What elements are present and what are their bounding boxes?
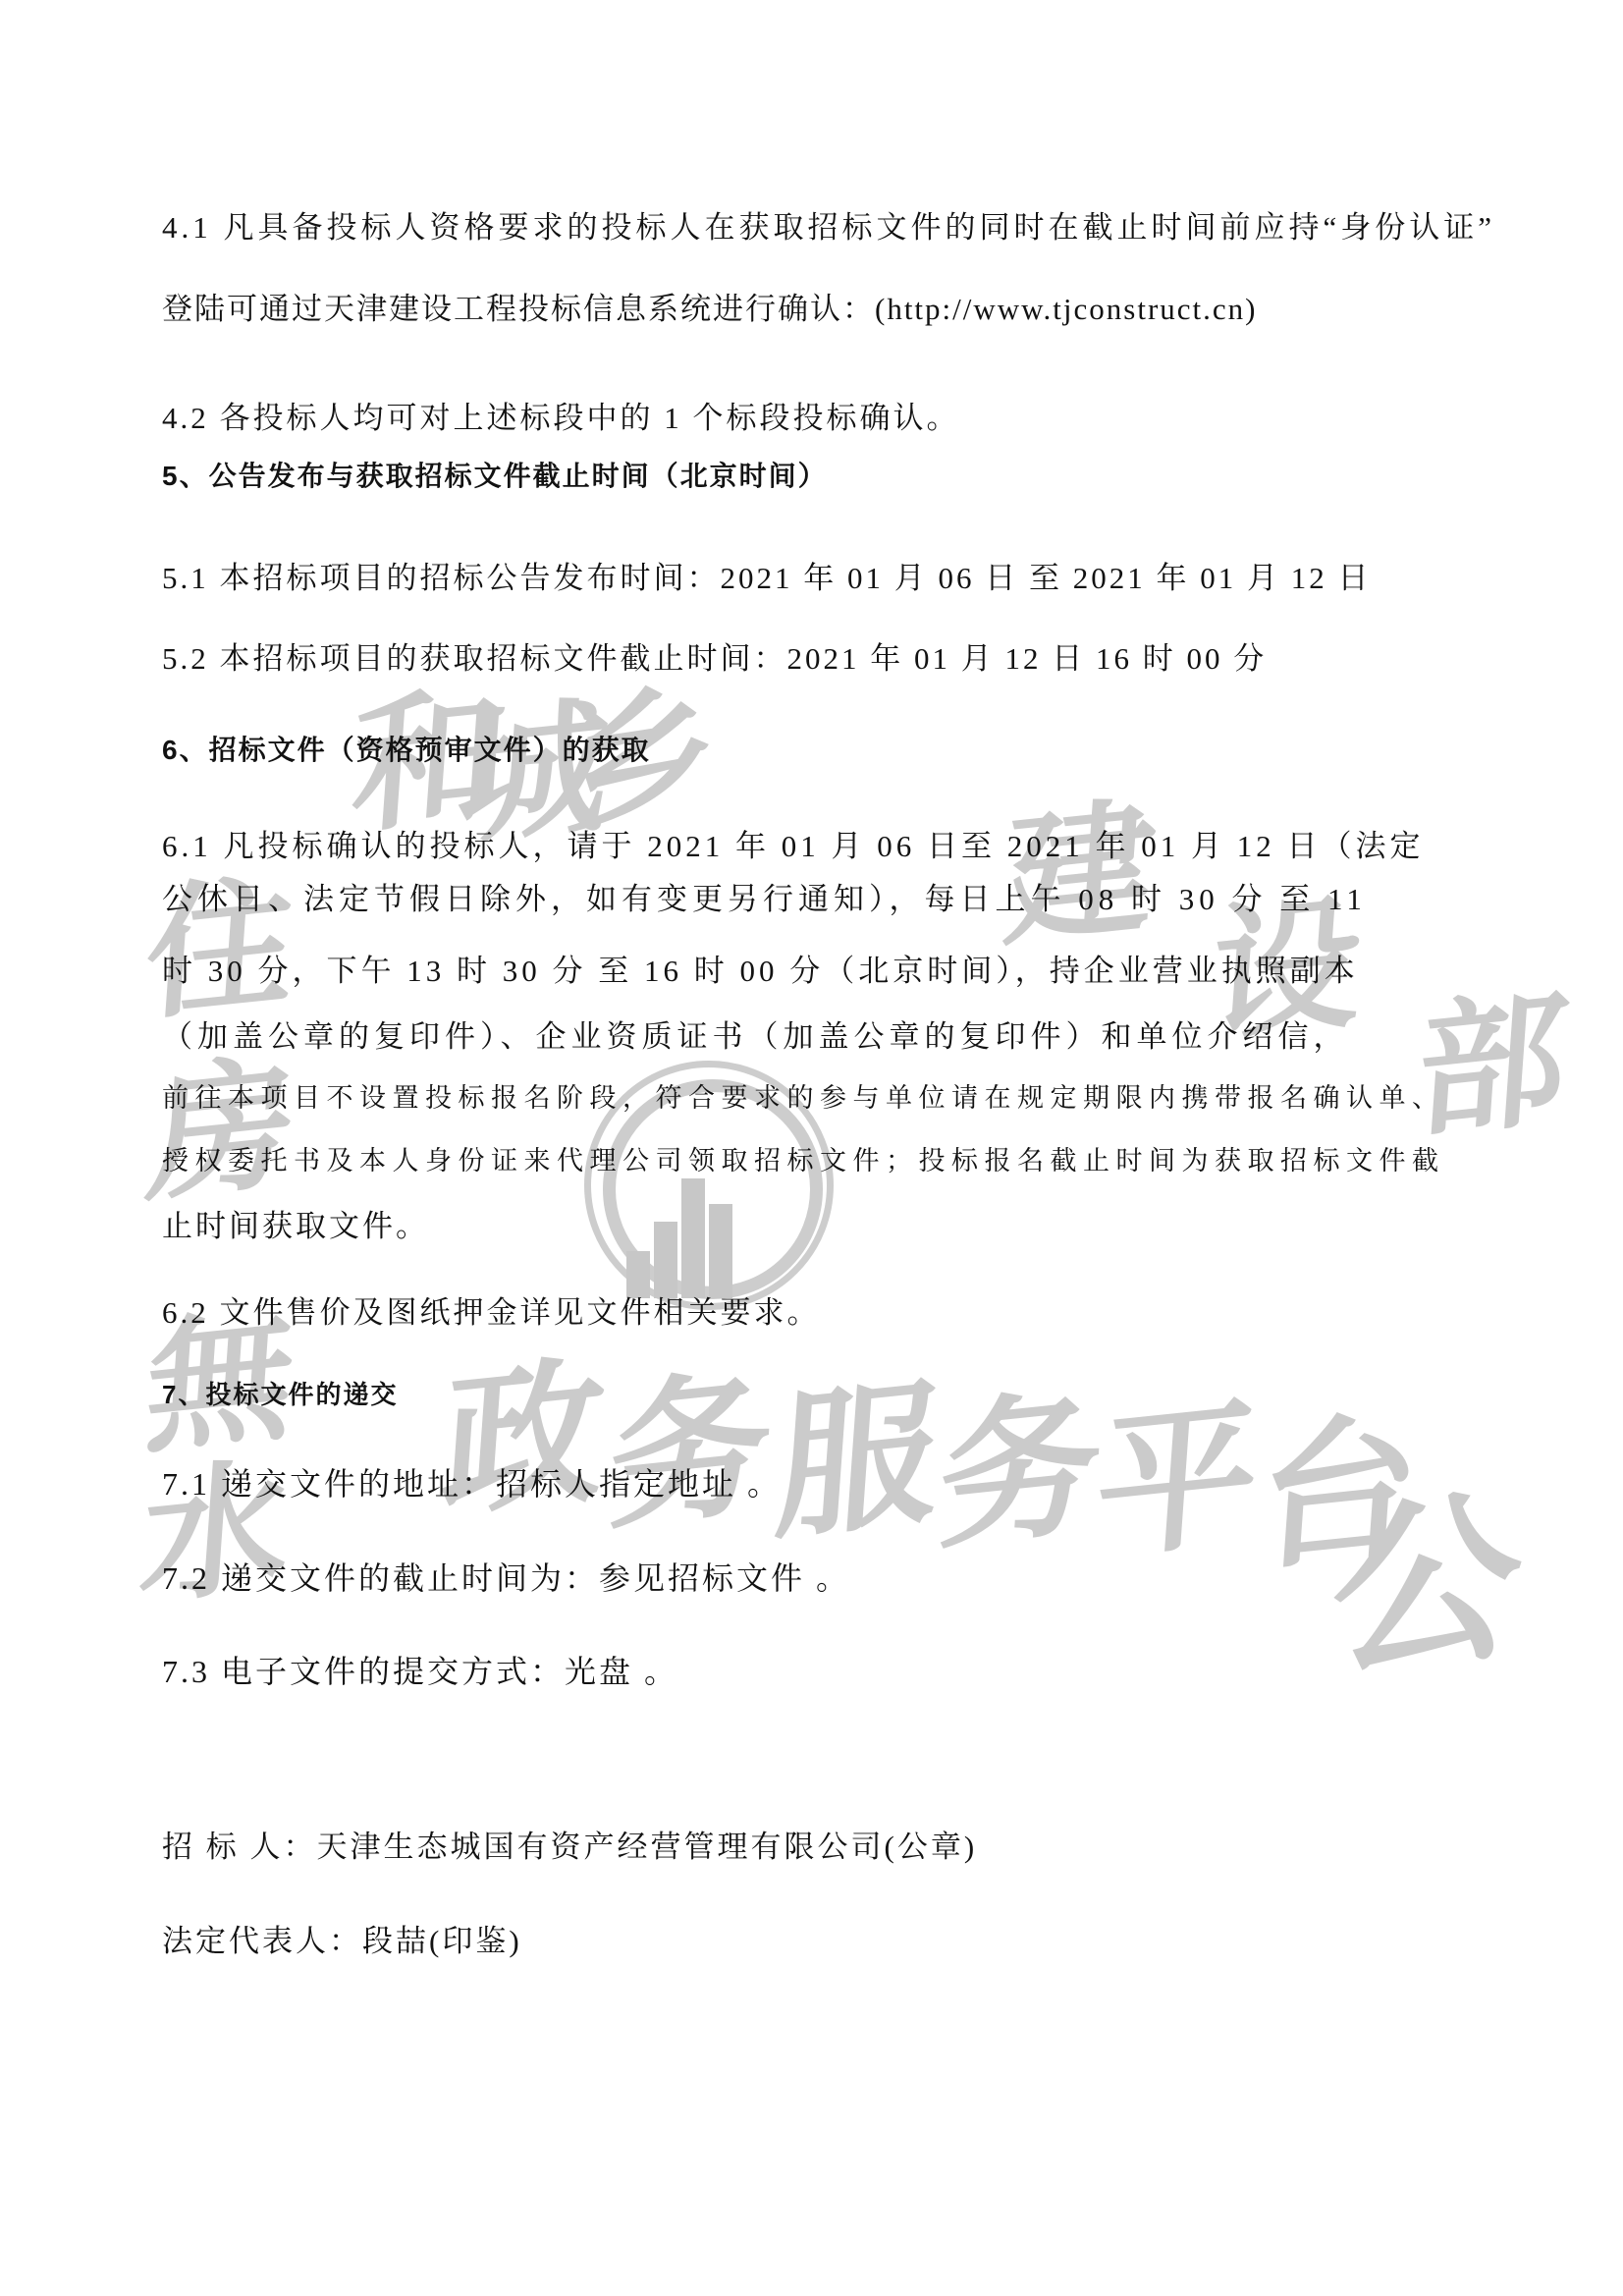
para-5-2: 5.2 本招标项目的获取招标文件截止时间：2021 年 01 月 12 日 16…	[162, 640, 1267, 677]
para-6-1-line-3: 时 30 分，下午 13 时 30 分 至 16 时 00 分（北京时间），持企…	[162, 953, 1359, 989]
para-4-2: 4.2 各投标人均可对上述标段中的 1 个标段投标确认。	[162, 400, 960, 436]
para-6-1-line-4: （加盖公章的复印件）、企业资质证书（加盖公章的复印件）和单位介绍信，	[162, 1018, 1349, 1055]
legal-representative-line: 法定代表人：段喆(印鉴)	[162, 1923, 522, 1959]
tenderer-line: 招 标 人：天津生态城国有资产经营管理有限公司(公章)	[162, 1829, 977, 1865]
heading-7: 7、投标文件的递交	[162, 1380, 398, 1410]
para-6-1-line-5: 前往本项目不设置投标报名阶段，符合要求的参与单位请在规定期限内携带报名确认单、	[162, 1082, 1445, 1114]
para-4-1-line-1: 4.1 凡具备投标人资格要求的投标人在获取招标文件的同时在截止时间前应持“身份认…	[162, 209, 1495, 246]
para-6-1-line-2: 公休日、法定节假日除外，如有变更另行通知），每日上午 08 时 30 分 至 1…	[162, 881, 1367, 917]
para-7-2: 7.2 递交文件的截止时间为：参见招标文件 。	[162, 1559, 850, 1597]
para-6-1-line-6: 授权委托书及本人身份证来代理公司领取招标文件；投标报名截止时间为获取招标文件截	[162, 1145, 1445, 1176]
heading-5: 5、公告发布与获取招标文件截止时间（北京时间）	[162, 460, 828, 493]
heading-6: 6、招标文件（资格预审文件）的获取	[162, 734, 651, 767]
para-4-1-line-2: 登陆可通过天津建设工程投标信息系统进行确认：(http://www.tjcons…	[162, 291, 1257, 327]
para-6-1-line-1: 6.1 凡投标确认的投标人，请于 2021 年 01 月 06 日至 2021 …	[162, 828, 1425, 864]
document-text: 4.1 凡具备投标人资格要求的投标人在获取招标文件的同时在截止时间前应持“身份认…	[0, 0, 1623, 2296]
para-7-1: 7.1 递交文件的地址：招标人指定地址 。	[162, 1465, 782, 1503]
para-6-1-line-7: 止时间获取文件。	[162, 1208, 429, 1244]
para-6-2: 6.2 文件售价及图纸押金详见文件相关要求。	[162, 1294, 821, 1331]
para-5-1: 5.1 本招标项目的招标公告发布时间：2021 年 01 月 06 日 至 20…	[162, 560, 1372, 596]
document-page: 和 城 乡 建 设 部 住 房 無 水 政 务 服 务 平 台 公 4.1 凡具…	[0, 0, 1623, 2296]
para-7-3: 7.3 电子文件的提交方式：光盘 。	[162, 1653, 678, 1690]
